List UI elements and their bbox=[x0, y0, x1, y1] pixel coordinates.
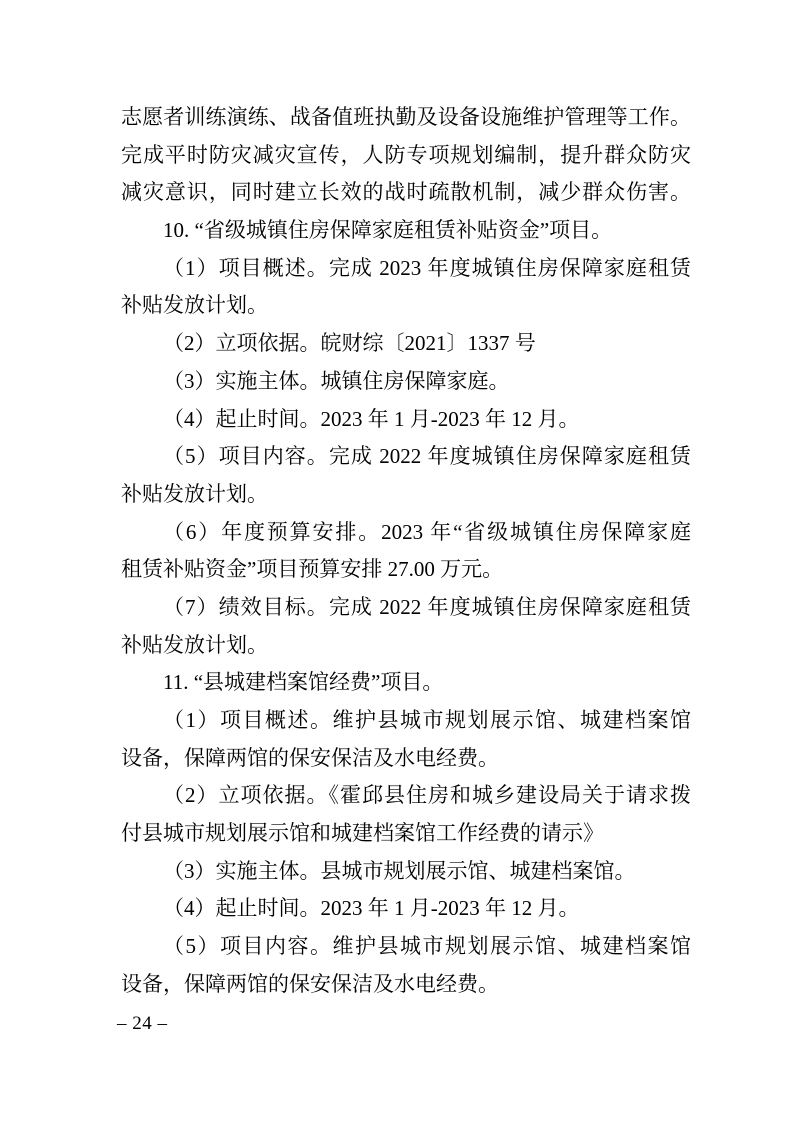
text-line: （1）项目概述。维护县城市规划展示馆、城建档案馆 bbox=[121, 702, 691, 740]
text-line: 付县城市规划展示馆和城建档案馆工作经费的请示》 bbox=[121, 815, 691, 853]
text-line: 补贴发放计划。 bbox=[121, 287, 691, 325]
document-page: 志愿者训练演练、战备值班执勤及设备设施维护管理等工作。完成平时防灾减灾宣传，人防… bbox=[0, 0, 793, 1122]
document-text: 志愿者训练演练、战备值班执勤及设备设施维护管理等工作。完成平时防灾减灾宣传，人防… bbox=[121, 99, 691, 1004]
page-number: – 24 – bbox=[117, 1013, 168, 1035]
text-line: （5）项目内容。维护县城市规划展示馆、城建档案馆 bbox=[121, 928, 691, 966]
text-line: 租赁补贴资金”项目预算安排 27.00 万元。 bbox=[121, 551, 691, 589]
text-line: 10. “省级城镇住房保障家庭租赁补贴资金”项目。 bbox=[121, 212, 691, 250]
text-line: （1）项目概述。完成 2023 年度城镇住房保障家庭租赁 bbox=[121, 250, 691, 288]
text-line: 减灾意识，同时建立长效的战时疏散机制，减少群众伤害。 bbox=[121, 174, 691, 212]
text-line: （5）项目内容。完成 2022 年度城镇住房保障家庭租赁 bbox=[121, 438, 691, 476]
text-line: （4）起止时间。2023 年 1 月-2023 年 12 月。 bbox=[121, 401, 691, 439]
text-line: （2）立项依据。《霍邱县住房和城乡建设局关于请求拨 bbox=[121, 777, 691, 815]
text-line: 志愿者训练演练、战备值班执勤及设备设施维护管理等工作。 bbox=[121, 99, 691, 137]
text-line: 补贴发放计划。 bbox=[121, 627, 691, 665]
text-line: 设备，保障两馆的保安保洁及水电经费。 bbox=[121, 740, 691, 778]
text-line: （4）起止时间。2023 年 1 月-2023 年 12 月。 bbox=[121, 890, 691, 928]
text-line: 设备，保障两馆的保安保洁及水电经费。 bbox=[121, 966, 691, 1004]
text-line: （7）绩效目标。完成 2022 年度城镇住房保障家庭租赁 bbox=[121, 589, 691, 627]
text-line: 补贴发放计划。 bbox=[121, 476, 691, 514]
text-line: 完成平时防灾减灾宣传，人防专项规划编制，提升群众防灾 bbox=[121, 137, 691, 175]
text-line: （3）实施主体。城镇住房保障家庭。 bbox=[121, 363, 691, 401]
text-line: 11. “县城建档案馆经费”项目。 bbox=[121, 664, 691, 702]
text-line: （6）年度预算安排。2023 年“省级城镇住房保障家庭 bbox=[121, 514, 691, 552]
text-line: （3）实施主体。县城市规划展示馆、城建档案馆。 bbox=[121, 853, 691, 891]
text-line: （2）立项依据。皖财综〔2021〕1337 号 bbox=[121, 325, 691, 363]
